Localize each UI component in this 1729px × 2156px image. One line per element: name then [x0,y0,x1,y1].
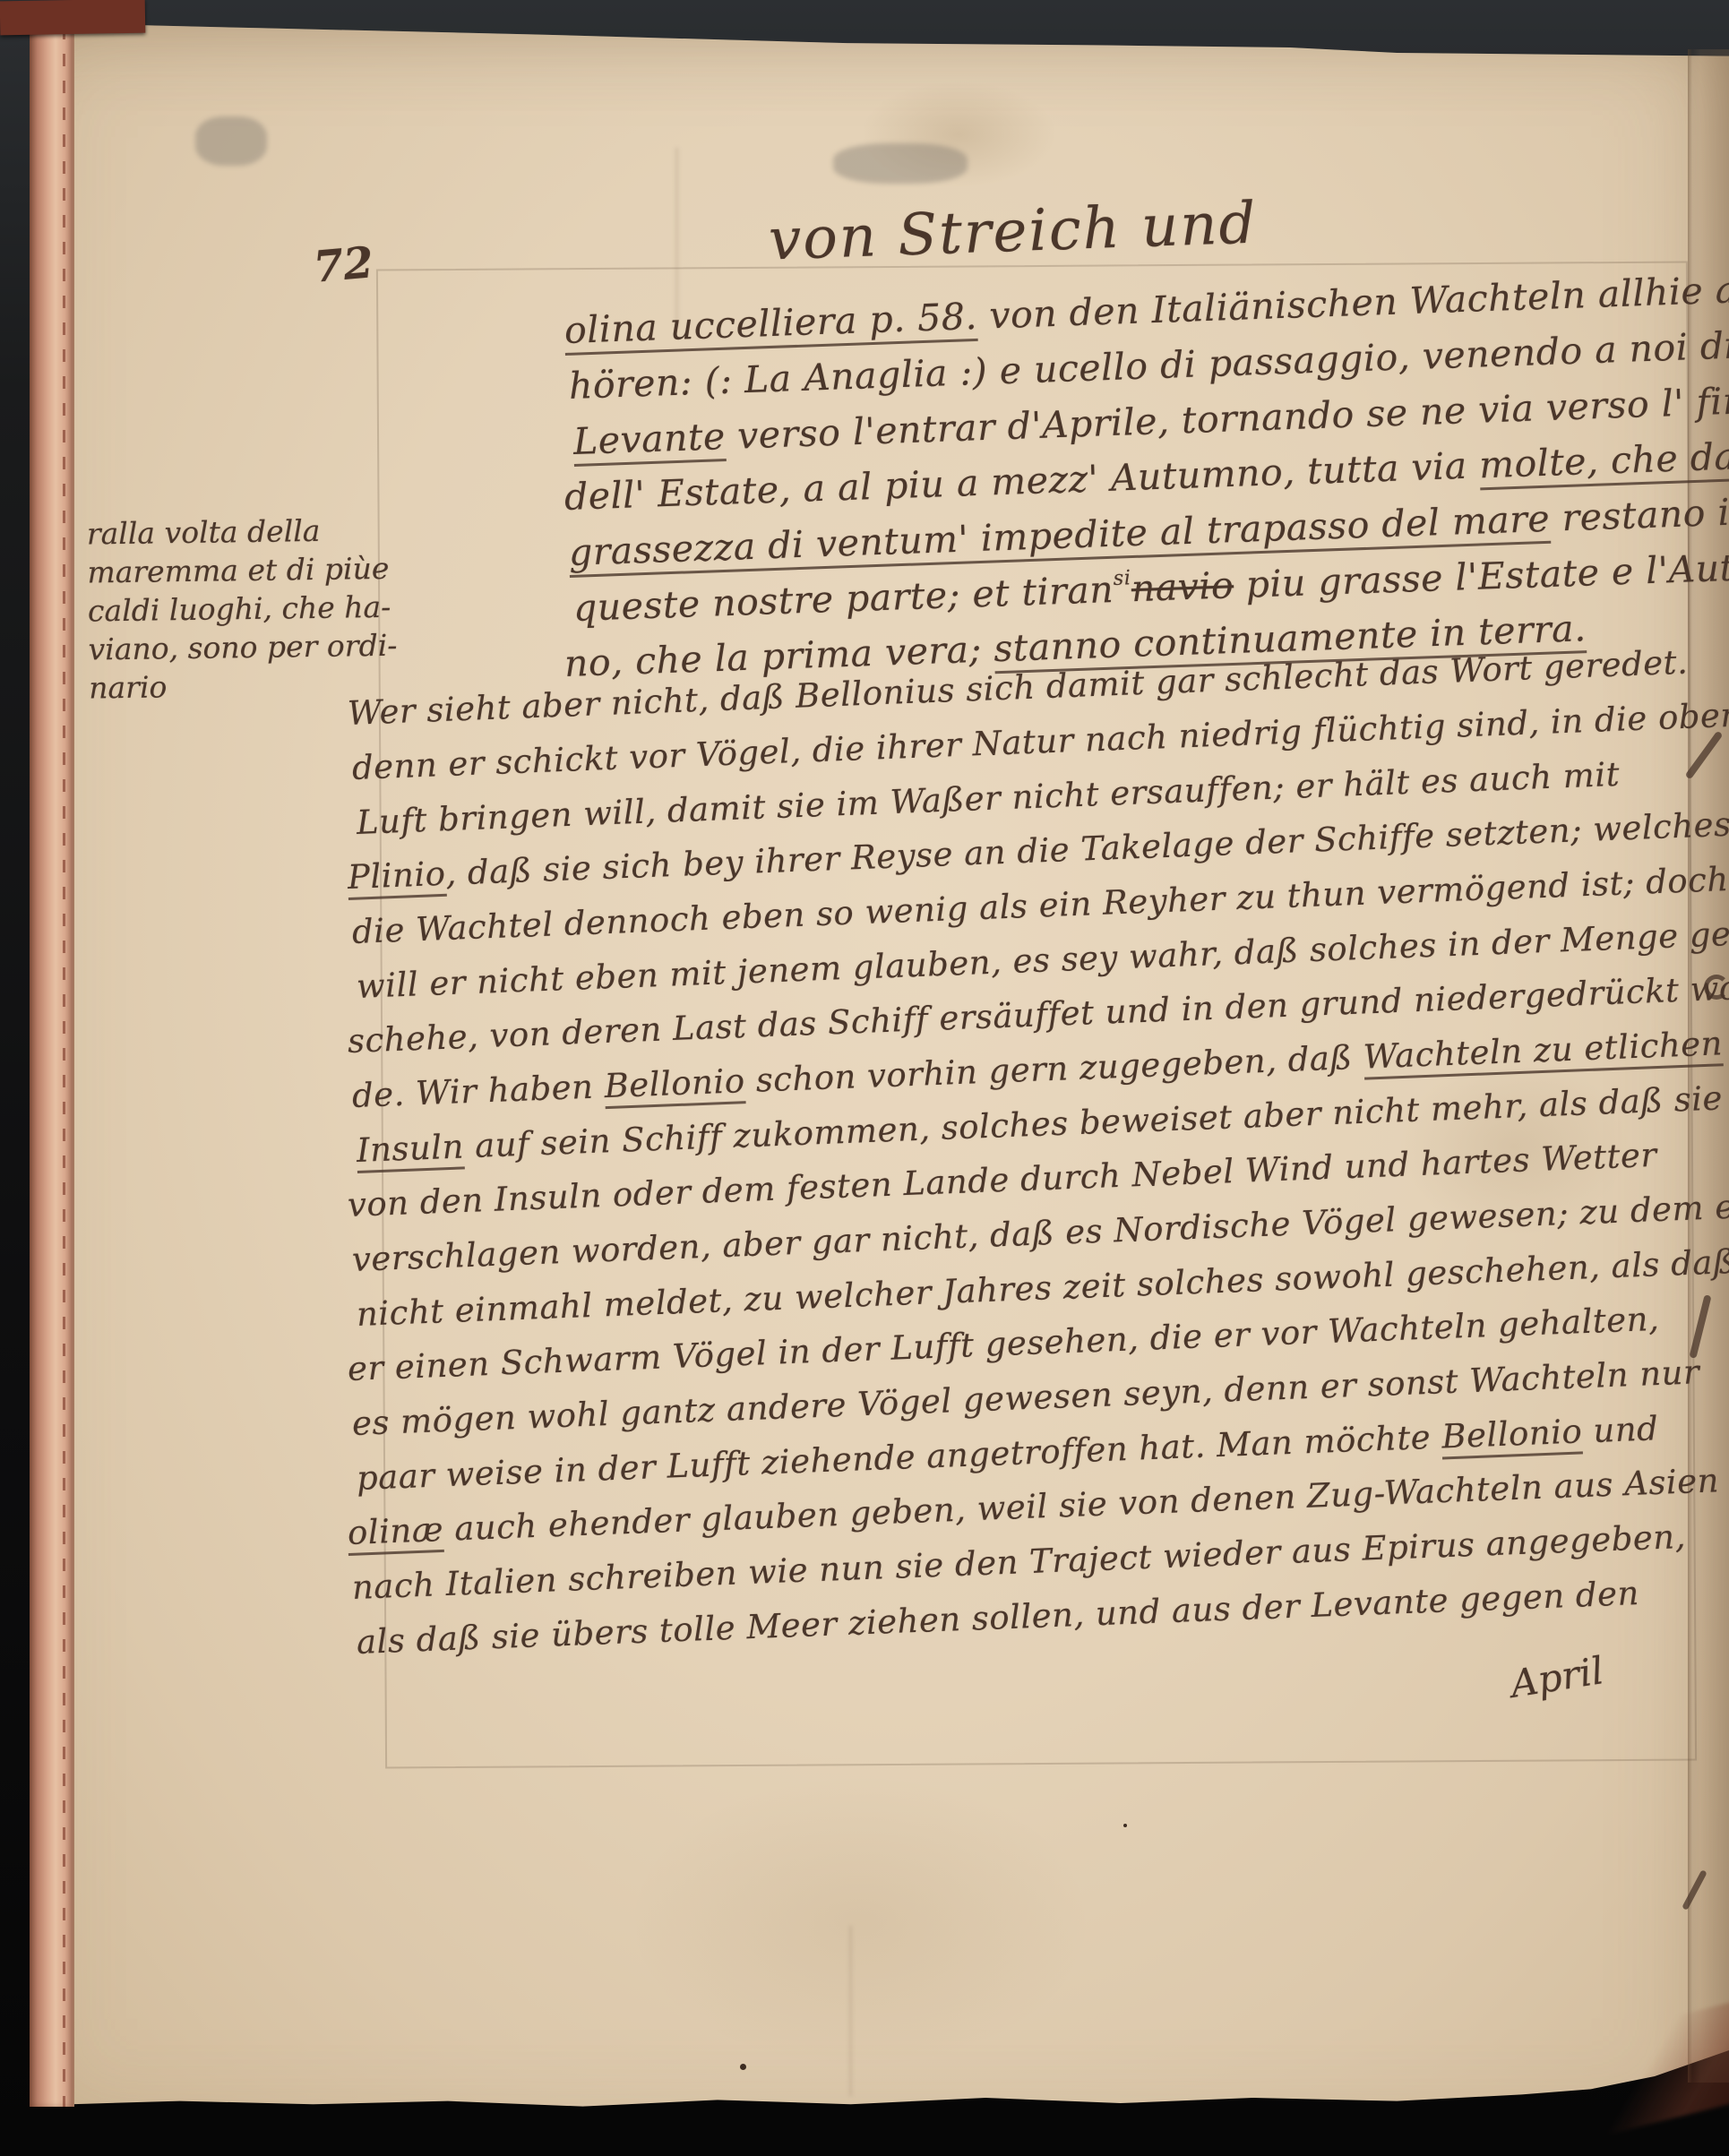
paper-crease [675,148,678,327]
book-binding-edge [30,27,74,2107]
facing-page-ink-fragment [1704,975,1729,1000]
margin-note-line: maremma et di piùe [87,548,410,591]
manuscript-text-segment: Insuln [356,1127,465,1173]
manuscript-text-segment: und [1581,1409,1659,1450]
manuscript-text-segment: Bellonio [1441,1412,1584,1459]
manuscript-text-segment: si [1113,566,1131,590]
manuscript-text-segment: navio [1131,563,1234,610]
manuscript-text-segment: olinæ [347,1510,444,1556]
margin-note-line: caldi luoghi, che ha- [88,587,411,630]
ink-speck [740,2064,746,2070]
ink-show-through [833,143,968,184]
ink-show-through [195,116,267,166]
manuscript-text-segment: restano in [1549,490,1729,540]
manuscript-text-segment: Levante [572,415,726,467]
manuscript-text-segment: molte, che dalla [1478,434,1729,491]
book-cover-corner [0,0,145,35]
ink-speck [1123,1824,1127,1827]
manuscript-scan: von Streich und 72 ralla volta dellamare… [0,0,1729,2156]
margin-note-line: ralla volta della [87,510,410,553]
margin-note-line: viano, sono per ordi- [88,625,411,668]
folio-number: 72 [312,237,375,293]
margin-note: ralla volta dellamaremma et di piùecaldi… [87,510,412,707]
manuscript-text-segment: Bellonio [604,1061,746,1109]
manuscript-text-segment: Plinio [347,855,446,900]
paper-crease [849,1926,852,2096]
